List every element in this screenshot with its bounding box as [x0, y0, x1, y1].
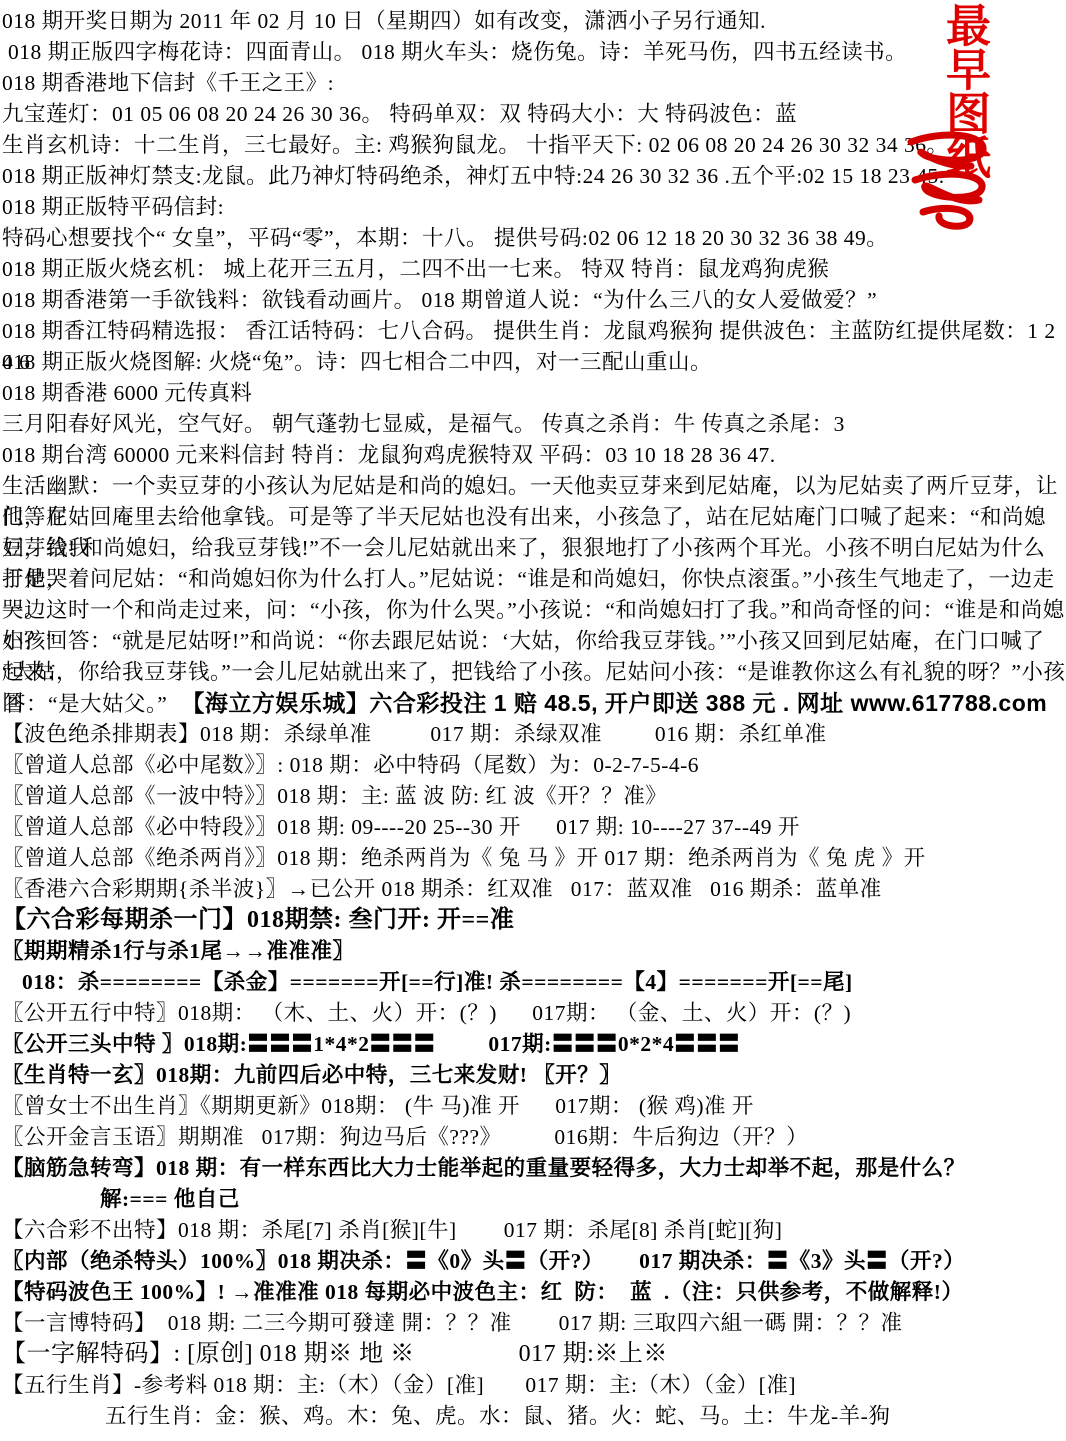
red-seal-scribble: [893, 128, 1003, 233]
tip-line: 〖公开金言玉语〗期期准 017期：狗边马后《???》 016期：牛后狗边（开？）: [2, 1122, 1066, 1153]
tip-line: 〖公开五行中特〗018期： （木、土、火）开：(？) 017期： （金、土、火）…: [2, 998, 1066, 1029]
tip-line: 018：杀========【杀金】=======开[==行]准! 杀======…: [22, 967, 1066, 998]
text-line: 018 期正版火烧图解: 火烧“兔”。诗：四七相合二中四，对一三配山重山。: [2, 347, 1066, 378]
tip-line: 〖曾女士不出生肖〗《期期更新》018期： (牛 马)准 开 017期： (猴 鸡…: [2, 1091, 1066, 1122]
tip-line: 【波色绝杀排期表】018 期：杀绿单准 017 期：杀绿双准 016 期：杀红单…: [2, 719, 1066, 750]
tip-line: 〖香港六合彩期期{杀半波}〗→已公开 018 期杀：红双准 017：蓝双准 01…: [2, 874, 1066, 905]
tip-line: 〖曾道人总部《必中特段》〗018 期: 09----20 25--30 开 01…: [2, 812, 1066, 843]
tip-line: 解:=== 他自己: [100, 1184, 1066, 1215]
joke-paragraph-line: 小孩回答：“就是尼姑呀!”和尚说：“你去跟尼姑说：‘大姑，你给我豆芽钱。’”小孩…: [2, 626, 1066, 657]
tip-line: 〖生肖特一玄〗018期：九前四后必中特，三七来发财! 〖开？〗: [2, 1060, 1066, 1091]
text-line: 018 期开奖日期为 2011 年 02 月 10 日（星期四）如有改变，潇洒小…: [2, 6, 1066, 37]
tip-line: 【一言博特码】 018 期: 二三今期可發達 開：？？准 017 期: 三取四六…: [2, 1308, 1066, 1339]
joke-paragraph-line: “大姑，你给我豆芽钱。”一会儿尼姑就出来了，把钱给了小孩。尼姑问小孩：“是谁教你…: [2, 657, 1066, 688]
tip-line: 【一字解特码】: [原创] 018 期※ 地 ※ 017 期:※上※: [2, 1339, 1066, 1370]
text-line: 018 期台湾 60000 元来料信封 特肖：龙鼠狗鸡虎猴特双 平码：03 10…: [2, 440, 1066, 471]
tip-line: 【六合彩每期杀一门】018期禁: 叁门开: 开==准: [2, 905, 1066, 936]
tip-line: 〖曾道人总部《绝杀两肖》〗018 期：绝杀两肖为《 兔 马 》开 017 期：绝…: [2, 843, 1066, 874]
tip-line: 〖曾道人总部《必中尾数》〗: 018 期：必中特码（尾数）为：0-2-7-5-4…: [2, 750, 1066, 781]
tip-line: 〖公开三头中特 〗018期:〓〓〓1*4*2〓〓〓 017期:〓〓〓0*2*4〓…: [2, 1029, 1066, 1060]
joke-end-and-ad-line: 答：“是大姑父。” 【海立方娱乐城】六合彩投注 1 赔 48.5, 开户即送 3…: [2, 688, 1066, 719]
tip-line: 【六合彩不出特】018 期：杀尾[7] 杀肖[猴][牛] 017 期：杀尾[8]…: [2, 1215, 1066, 1246]
joke-paragraph-line: 答：“是大姑父。”: [4, 689, 167, 720]
joke-paragraph-line: 生活幽默：一个卖豆芽的小孩认为尼姑是和尚的媳妇。一天他卖豆芽来到尼姑庵，以为尼姑…: [2, 471, 1066, 502]
joke-paragraph-line: 豆芽钱! 和尚媳妇，给我豆芽钱!”不一会儿尼姑就出来了，狠狠地打了小孩两个耳光。…: [2, 533, 1066, 564]
text-line: 018 期香港 6000 元传真料: [2, 378, 1066, 409]
tip-line: 〖期期精杀1行与杀1尾→→准准准〗: [2, 936, 1066, 967]
text-line: 018 期香江特码精选报： 香江话特码：七八合码。 提供生肖：龙鼠鸡猴狗 提供波…: [2, 316, 1066, 347]
ad-banner-text: 【海立方娱乐城】六合彩投注 1 赔 48.5, 开户即送 388 元 . 网址 …: [181, 688, 1047, 719]
tip-line: 〖内部（绝杀特头）100%〗018 期决杀：〓《0》头〓（开?） 017 期决杀…: [2, 1246, 1066, 1277]
text-line: 三月阳春好风光，空气好。 朝气蓬勃七显威，是福气。 传真之杀肖：牛 传真之杀尾：…: [2, 409, 1066, 440]
text-line: 018 期香港地下信封《千王之王》:: [2, 68, 1066, 99]
text-line: 018 期正版四字梅花诗：四面青山。 018 期火车头：烧伤兔。诗：羊死马伤，四…: [8, 37, 1066, 68]
tip-line: 【五行生肖】-参考料 018 期：主:（木）（金）[准] 017 期：主:（木）…: [2, 1370, 1066, 1401]
tip-line: 【特码波色王 100%】! →准准准 018 每期必中波色主：红 防： 蓝 .（…: [2, 1277, 1066, 1308]
joke-paragraph-line: 门，尼姑回庵里去给他拿钱。可是等了半天尼姑也没有出来，小孩急了，站在尼姑庵门口喊…: [2, 502, 1066, 533]
tip-line: 五行生肖：金：猴、鸡。木：兔、虎。水：鼠、猪。火：蛇、马。土：牛龙-羊-狗: [105, 1401, 1066, 1432]
joke-paragraph-line: 哭。这时一个和尚走过来，问：“小孩，你为什么哭。”小孩说：“和尚媳妇打了我。”和…: [2, 595, 1066, 626]
tip-line: 〖曾道人总部《一波中特》〗018 期：主: 蓝 波 防: 红 波《开？？准》: [2, 781, 1066, 812]
joke-paragraph-line: 于是哭着问尼姑：“和尚媳妇你为什么打人。”尼姑说：“谁是和尚媳妇，你快点滚蛋。”…: [2, 564, 1066, 595]
text-line: 018 期正版火烧玄机： 城上花开三五月，二四不出一七来。 特双 特肖：鼠龙鸡狗…: [2, 254, 1066, 285]
text-line: 018 期香港第一手欲钱料：欲钱看动画片。 018 期曾道人说：“为什么三八的女…: [2, 285, 1066, 316]
text-line: 九宝莲灯：01 05 06 08 20 24 26 30 36。 特码单双：双 …: [2, 99, 1066, 130]
tip-line: 【脑筋急转弯】018 期：有一样东西比大力士能举起的重量要轻得多，大力士却举不起…: [2, 1153, 1066, 1184]
